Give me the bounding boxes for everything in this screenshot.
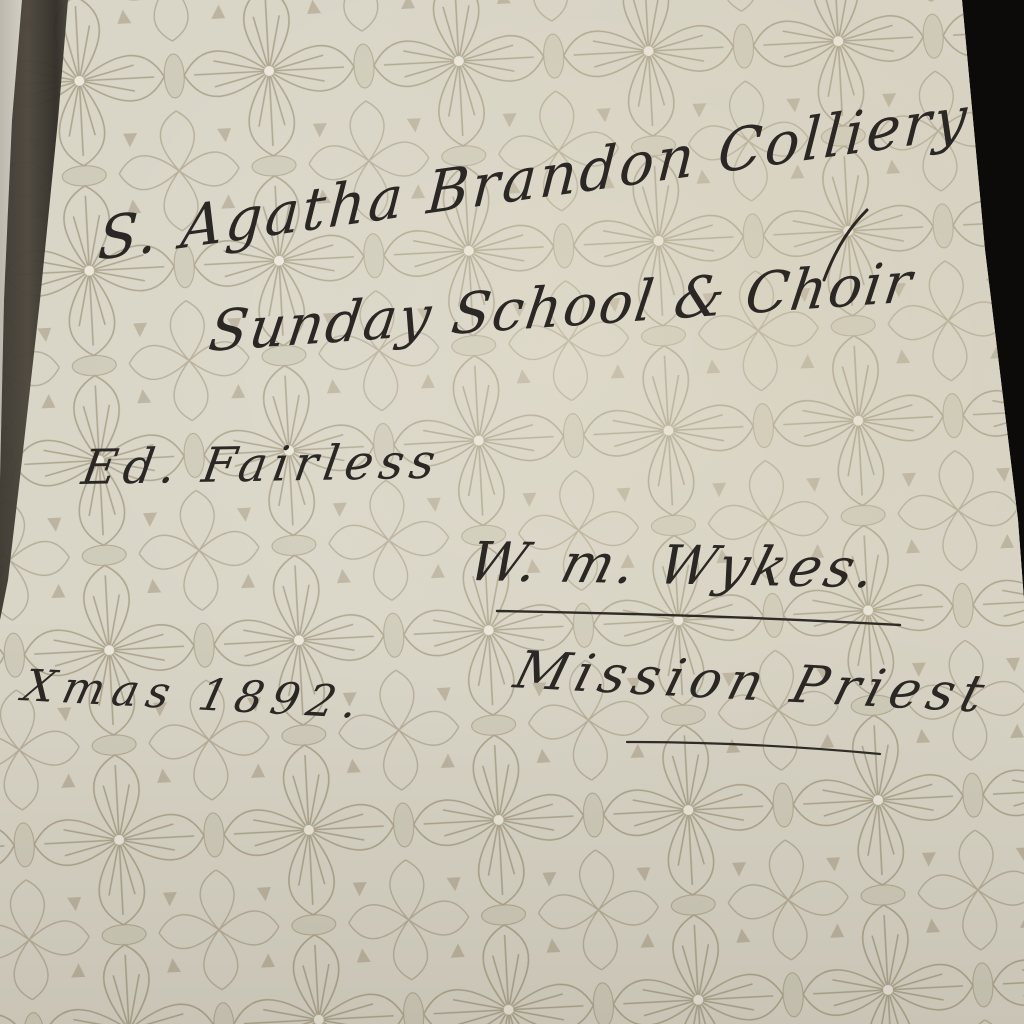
photo: S. Agatha Brandon Colliery Sunday School… bbox=[0, 0, 1024, 1024]
signature: W. m. Wykes. bbox=[462, 530, 887, 600]
signature-underline bbox=[495, 605, 905, 629]
recipient-name: Ed. Fairless bbox=[78, 434, 445, 496]
title-underline bbox=[625, 738, 885, 760]
